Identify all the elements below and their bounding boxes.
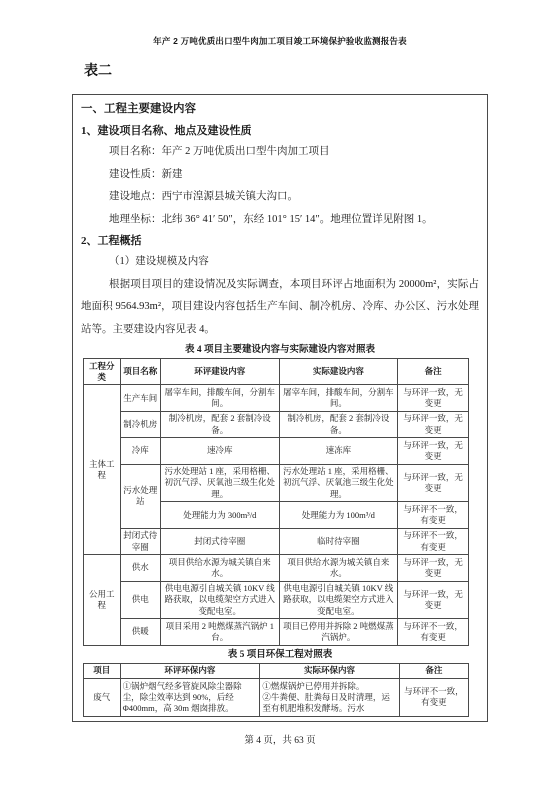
col-header-eia-content: 环评建设内容 (160, 359, 279, 385)
remark-cell: 与环评不一致，有变更 (399, 679, 468, 717)
construction-location-line: 建设地点：西宁市湟源县城关镇大沟口。 (81, 186, 479, 209)
col-header-project-class: 工程分类 (84, 359, 121, 385)
table5-environmental-comparison: 项目 环评环保内容 实际环保内容 备注 废气 ①锅炉烟气经多管旋风除尘器除尘，除… (83, 663, 469, 717)
eia-content-cell: 供电电源引自城关镇 10KV 线路获取，以电缆架空方式进入变配电室。 (160, 581, 279, 619)
table4-caption: 表 4 项目主要建设内容与实际建设内容对照表 (81, 343, 479, 357)
subsection-2-item: （1）建设规模及内容 (81, 251, 479, 274)
remark-cell: 与环评一致，无变更 (398, 438, 469, 464)
remark-cell: 与环评不一致，有变更 (398, 619, 469, 645)
subsection-1-title: 1、建设项目名称、地点及建设性质 (81, 121, 479, 141)
actual-content-cell: 污水处理站 1 座，采用格栅、初沉气浮、厌氧池三级生化处理。 (279, 464, 398, 502)
eia-content-cell: 污水处理站 1 座，采用格栅、初沉气浮、厌氧池三级生化处理。 (160, 464, 279, 502)
table-row: 封闭式待宰圈 封闭式待宰圈 临时待宰圈 与环评不一致，有变更 (84, 528, 469, 554)
geographic-coordinates-line: 地理坐标：北纬 36° 41′ 50″，东经 101° 15′ 14″。地理位置… (81, 209, 479, 232)
document-page: { "page": { "header": "年产 2 万吨优质出口型牛肉加工项… (0, 0, 560, 791)
group-cell-main-works: 主体工程 (84, 385, 121, 555)
section-title: 一、工程主要建设内容 (81, 101, 479, 118)
table-row: 公用工程 供水 项目供给水源为城关镇自来水。 项目供给水源为城关镇自来水。 与环… (84, 555, 469, 581)
eia-content-cell: 处理能力为 300m³/d (160, 502, 279, 528)
col-header-eia-env-content: 环评环保内容 (120, 663, 260, 678)
remark-cell: 与环评一致，无变更 (398, 581, 469, 619)
eia-content-cell: 屠宰车间，排酸车间，分割车间。 (160, 385, 279, 411)
eia-content-cell: 速冷库 (160, 438, 279, 464)
actual-content-cell: 屠宰车间，排酸车间，分割车间。 (279, 385, 398, 411)
page-number-footer: 第 4 页，共 63 页 (0, 732, 560, 746)
remark-cell: 与环评一致，无变更 (398, 555, 469, 581)
eia-content-cell: 项目采用 2 吨燃煤蒸汽锅炉 1 台。 (160, 619, 279, 645)
col-header-remark: 备注 (399, 663, 468, 678)
report-header-title: 年产 2 万吨优质出口型牛肉加工项目竣工环境保护验收监测报告表 (0, 35, 560, 47)
table-row: 冷库 速冷库 速冻库 与环评一致，无变更 (84, 438, 469, 464)
table-row: 供暖 项目采用 2 吨燃煤蒸汽锅炉 1 台。 项目已停用并拆除 2 吨燃煤蒸汽锅… (84, 619, 469, 645)
actual-content-cell: 供电电源引自城关镇 10KV 线路获取，以电缆架空方式进入变配电室。 (279, 581, 398, 619)
col-header-actual-content: 实际建设内容 (279, 359, 398, 385)
eia-env-content-cell: ①锅炉烟气经多管旋风除尘器除尘，除尘效率达到 90%，后经 Φ400mm，高 3… (120, 679, 260, 717)
actual-content-cell: 处理能力为 100m³/d (279, 502, 398, 528)
item-name-cell: 冷库 (120, 438, 160, 464)
col-header-actual-env-content: 实际环保内容 (260, 663, 399, 678)
project-name-line: 项目名称：年产 2 万吨优质出口型牛肉加工项目 (81, 141, 479, 164)
actual-content-cell: 速冻库 (279, 438, 398, 464)
col-header-item: 项目 (84, 663, 121, 678)
table-header-row: 项目 环评环保内容 实际环保内容 备注 (84, 663, 469, 678)
content-box: 一、工程主要建设内容 1、建设项目名称、地点及建设性质 项目名称：年产 2 万吨… (72, 94, 488, 722)
remark-cell: 与环评不一致，有变更 (398, 528, 469, 554)
table4-construction-comparison: 工程分类 项目名称 环评建设内容 实际建设内容 备注 主体工程 生产车间 屠宰车… (83, 358, 469, 646)
construction-nature-line: 建设性质：新建 (81, 164, 479, 187)
item-name-cell: 供水 (120, 555, 160, 581)
group-cell-utility-works: 公用工程 (84, 555, 121, 646)
actual-env-content-cell: ①燃煤锅炉已停用并拆除。 ②牛粪便、肚粪每日及时清理，运至有机肥堆积发酵场。污水 (260, 679, 399, 717)
table-row: 废气 ①锅炉烟气经多管旋风除尘器除尘，除尘效率达到 90%，后经 Φ400mm，… (84, 679, 469, 717)
eia-content-cell: 封闭式待宰圈 (160, 528, 279, 554)
item-name-cell: 制冷机房 (120, 411, 160, 437)
remark-cell: 与环评不一致，有变更 (398, 502, 469, 528)
subsection-2-title: 2、工程概括 (81, 231, 479, 251)
col-header-remark: 备注 (398, 359, 469, 385)
actual-content-cell: 制冷机房，配套 2 套制冷设备。 (279, 411, 398, 437)
eia-content-cell: 项目供给水源为城关镇自来水。 (160, 555, 279, 581)
table-row: 污水处理站 污水处理站 1 座，采用格栅、初沉气浮、厌氧池三级生化处理。 污水处… (84, 464, 469, 502)
scale-paragraph: 根据项目项目的建设情况及实际调查，本项目环评占地面积为 20000m²，实际占地… (81, 274, 479, 342)
remark-cell: 与环评一致，无变更 (398, 385, 469, 411)
item-name-cell: 封闭式待宰圈 (120, 528, 160, 554)
remark-cell: 与环评一致，无变更 (398, 464, 469, 502)
remark-cell: 与环评一致，无变更 (398, 411, 469, 437)
item-name-cell: 生产车间 (120, 385, 160, 411)
item-name-cell: 污水处理站 (120, 464, 160, 528)
eia-content-cell: 制冷机房，配套 2 套制冷设备。 (160, 411, 279, 437)
table-row: 制冷机房 制冷机房，配套 2 套制冷设备。 制冷机房，配套 2 套制冷设备。 与… (84, 411, 469, 437)
table-header-row: 工程分类 项目名称 环评建设内容 实际建设内容 备注 (84, 359, 469, 385)
table-row: 供电 供电电源引自城关镇 10KV 线路获取，以电缆架空方式进入变配电室。 供电… (84, 581, 469, 619)
actual-content-cell: 项目已停用并拆除 2 吨燃煤蒸汽锅炉。 (279, 619, 398, 645)
item-name-cell: 废气 (84, 679, 121, 717)
sheet-number-label: 表二 (84, 60, 112, 80)
actual-content-cell: 项目供给水源为城关镇自来水。 (279, 555, 398, 581)
actual-content-cell: 临时待宰圈 (279, 528, 398, 554)
item-name-cell: 供暖 (120, 619, 160, 645)
col-header-item-name: 项目名称 (120, 359, 160, 385)
item-name-cell: 供电 (120, 581, 160, 619)
table5-caption: 表 5 项目环保工程对照表 (81, 648, 479, 662)
table-row: 主体工程 生产车间 屠宰车间，排酸车间，分割车间。 屠宰车间，排酸车间，分割车间… (84, 385, 469, 411)
